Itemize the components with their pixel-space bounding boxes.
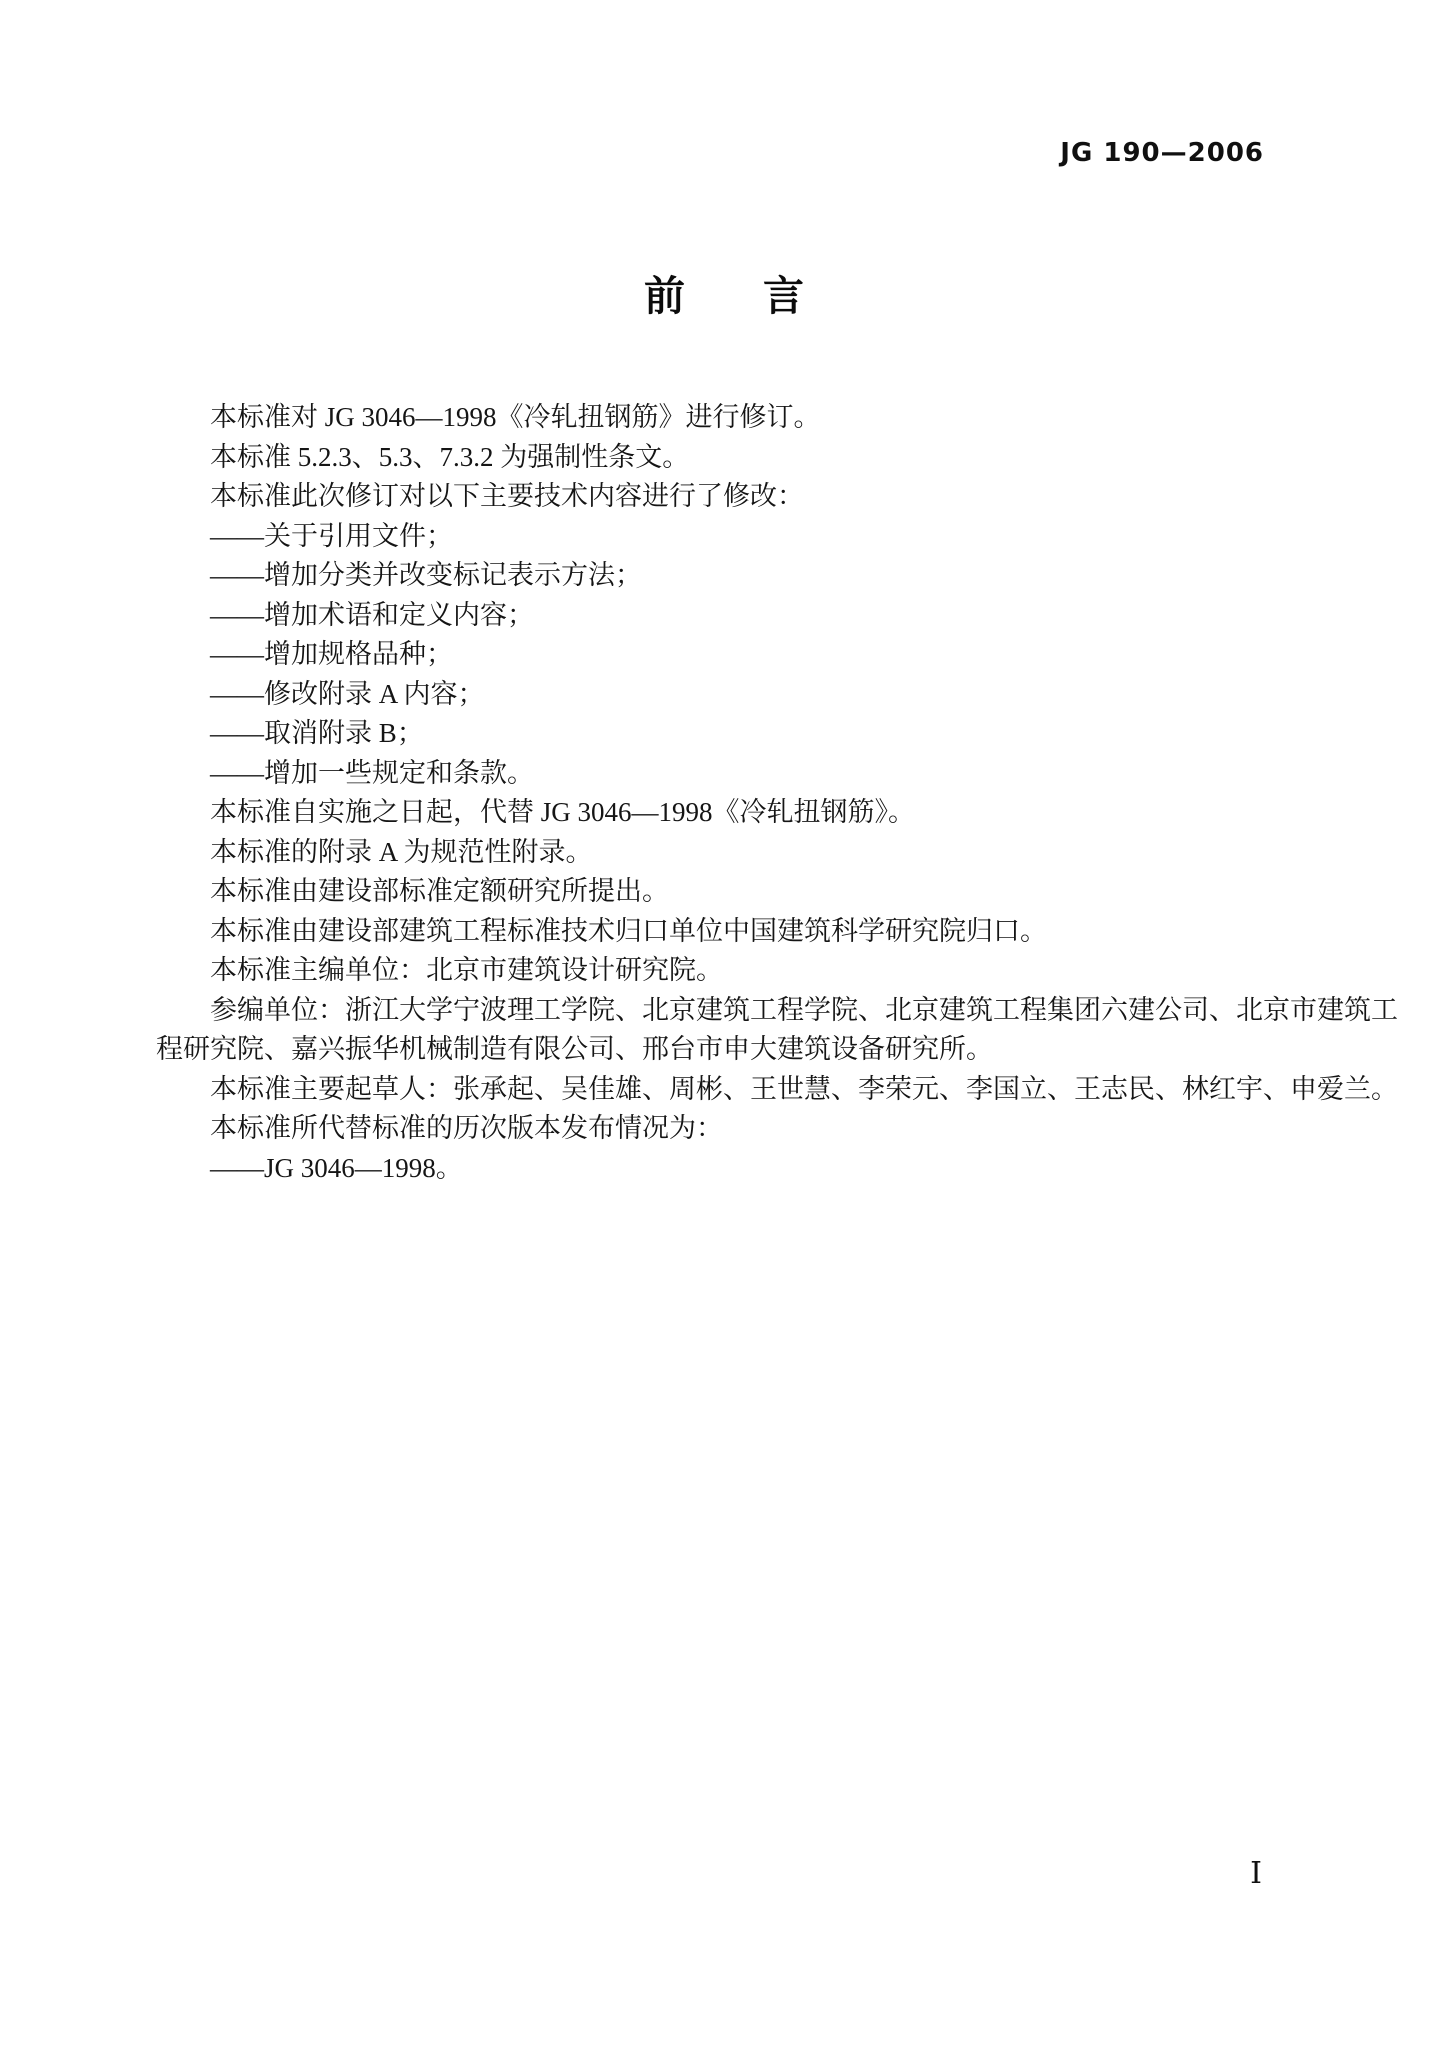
page-number: I [1236,1856,1276,1891]
foreword-paragraph: ——增加规格品种； [156,635,1416,675]
foreword-paragraph: 本标准由建设部标准定额研究所提出。 [156,872,1416,912]
foreword-paragraph: 本标准主要起草人：张承起、吴佳雄、周彬、王世慧、李荣元、李国立、王志民、林红宇、… [156,1070,1416,1110]
page-title: 前 言 [0,274,1448,319]
foreword-paragraph: ——增加一些规定和条款。 [156,754,1416,794]
foreword-paragraph: 本标准自实施之日起，代替 JG 3046—1998《冷轧扭钢筋》。 [156,793,1416,833]
document-page: JG 190—2006 前 言 本标准对 JG 3046—1998《冷轧扭钢筋》… [0,0,1448,2048]
page-title-char-1: 前 [644,274,685,319]
foreword-paragraph: 本标准对 JG 3046—1998《冷轧扭钢筋》进行修订。 [156,398,1416,438]
foreword-paragraph: 本标准此次修订对以下主要技术内容进行了修改： [156,477,1416,517]
foreword-paragraph: ——JG 3046—1998。 [156,1149,1416,1189]
foreword-paragraph: 本标准由建设部建筑工程标准技术归口单位中国建筑科学研究院归口。 [156,912,1416,952]
foreword-paragraph: 本标准的附录 A 为规范性附录。 [156,833,1416,873]
page-title-char-2: 言 [763,274,804,319]
foreword-paragraph: ——增加术语和定义内容； [156,596,1416,636]
foreword-paragraph: 本标准所代替标准的历次版本发布情况为： [156,1109,1416,1149]
foreword-paragraph: ——取消附录 B； [156,714,1416,754]
foreword-paragraph: 本标准 5.2.3、5.3、7.3.2 为强制性条文。 [156,438,1416,478]
standard-code: JG 190—2006 [1060,138,1264,168]
foreword-paragraph: 本标准主编单位：北京市建筑设计研究院。 [156,951,1416,991]
foreword-body: 本标准对 JG 3046—1998《冷轧扭钢筋》进行修订。本标准 5.2.3、5… [156,398,1416,1188]
foreword-paragraph: ——修改附录 A 内容； [156,675,1416,715]
foreword-paragraph: ——关于引用文件； [156,517,1416,557]
foreword-paragraph: 参编单位：浙江大学宁波理工学院、北京建筑工程学院、北京建筑工程集团六建公司、北京… [156,991,1416,1070]
foreword-paragraph: ——增加分类并改变标记表示方法； [156,556,1416,596]
